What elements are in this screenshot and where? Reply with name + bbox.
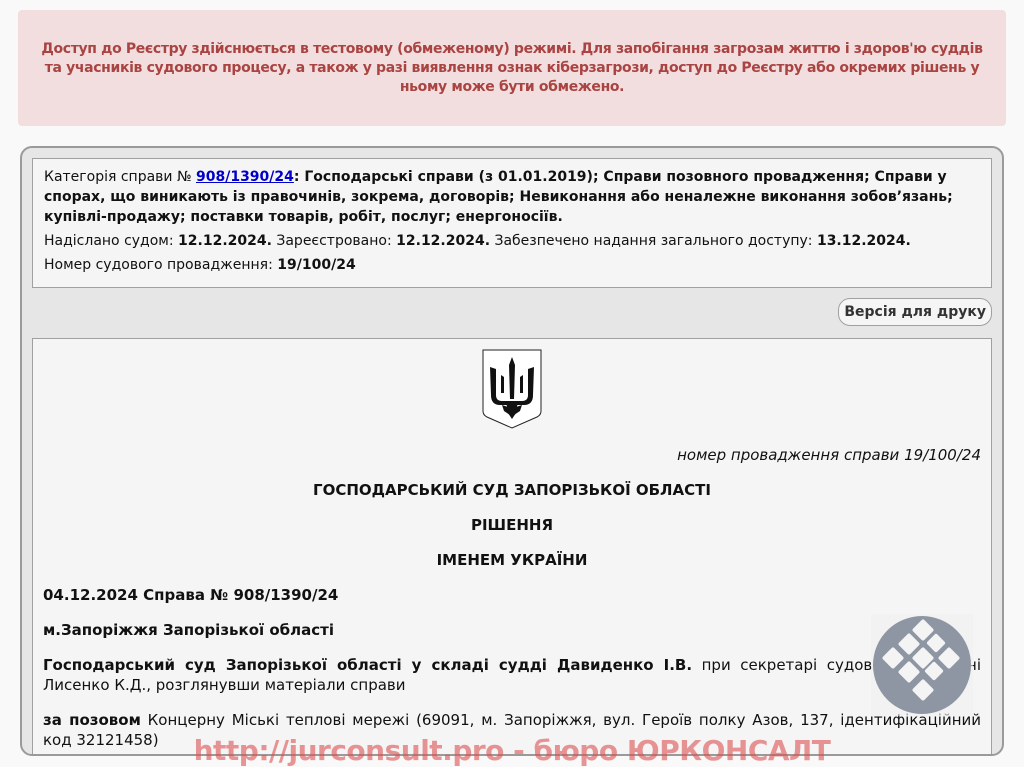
sent-date: 12.12.2024.	[178, 233, 272, 249]
court-name-heading: ГОСПОДАРСЬКИЙ СУД ЗАПОРІЗЬКОЇ ОБЛАСТІ	[43, 480, 981, 500]
city-line: м.Запоріжжя Запорізької області	[43, 620, 981, 640]
puzzle-logo-icon	[871, 614, 973, 716]
decision-document: номер провадження справи 19/100/24 ГОСПО…	[32, 338, 992, 756]
category-label: Категорія справи №	[44, 169, 196, 185]
case-category: Категорія справи № 908/1390/24: Господар…	[44, 167, 980, 227]
decision-heading: РІШЕННЯ	[43, 515, 981, 535]
proceeding-number-row: Номер судового провадження: 19/100/24	[44, 255, 980, 275]
case-info-panel: Категорія справи № 908/1390/24: Господар…	[32, 158, 992, 288]
decision-container: Категорія справи № 908/1390/24: Господар…	[20, 146, 1004, 756]
in-name-heading: ІМЕНЕМ УКРАЇНИ	[43, 550, 981, 570]
court-composition-paragraph: Господарський суд Запорізької області у …	[43, 655, 981, 695]
registered-date: 12.12.2024.	[396, 233, 490, 249]
print-version-button[interactable]: Версія для друку	[838, 298, 992, 326]
public-access-date: 13.12.2024.	[817, 233, 911, 249]
case-dates: Надіслано судом: 12.12.2024. Зареєстрова…	[44, 231, 980, 251]
watermark-text: http://jurconsult.pro - бюро ЮРКОНСАЛТ	[0, 734, 1024, 767]
court-composition-bold: Господарський суд Запорізької області у …	[43, 656, 692, 674]
proceeding-number: 19/100/24	[277, 257, 355, 273]
case-number-link[interactable]: 908/1390/24	[196, 169, 294, 185]
registry-access-alert: Доступ до Реєстру здійснюється в тестово…	[18, 10, 1006, 126]
registered-label: Зареєстровано:	[272, 233, 396, 249]
date-case-line: 04.12.2024 Справа № 908/1390/24	[43, 585, 981, 605]
claim-bold: за позовом	[43, 711, 141, 729]
trident-icon	[482, 349, 542, 429]
date-case-text: 04.12.2024 Справа № 908/1390/24	[43, 586, 338, 604]
proceeding-number-line: номер провадження справи 19/100/24	[43, 445, 981, 465]
proceeding-label: Номер судового провадження:	[44, 257, 277, 273]
sent-label: Надіслано судом:	[44, 233, 178, 249]
public-access-label: Забезпечено надання загального доступу:	[490, 233, 817, 249]
city-text: м.Запоріжжя Запорізької області	[43, 621, 334, 639]
alert-text: Доступ до Реєстру здійснюється в тестово…	[36, 40, 988, 97]
